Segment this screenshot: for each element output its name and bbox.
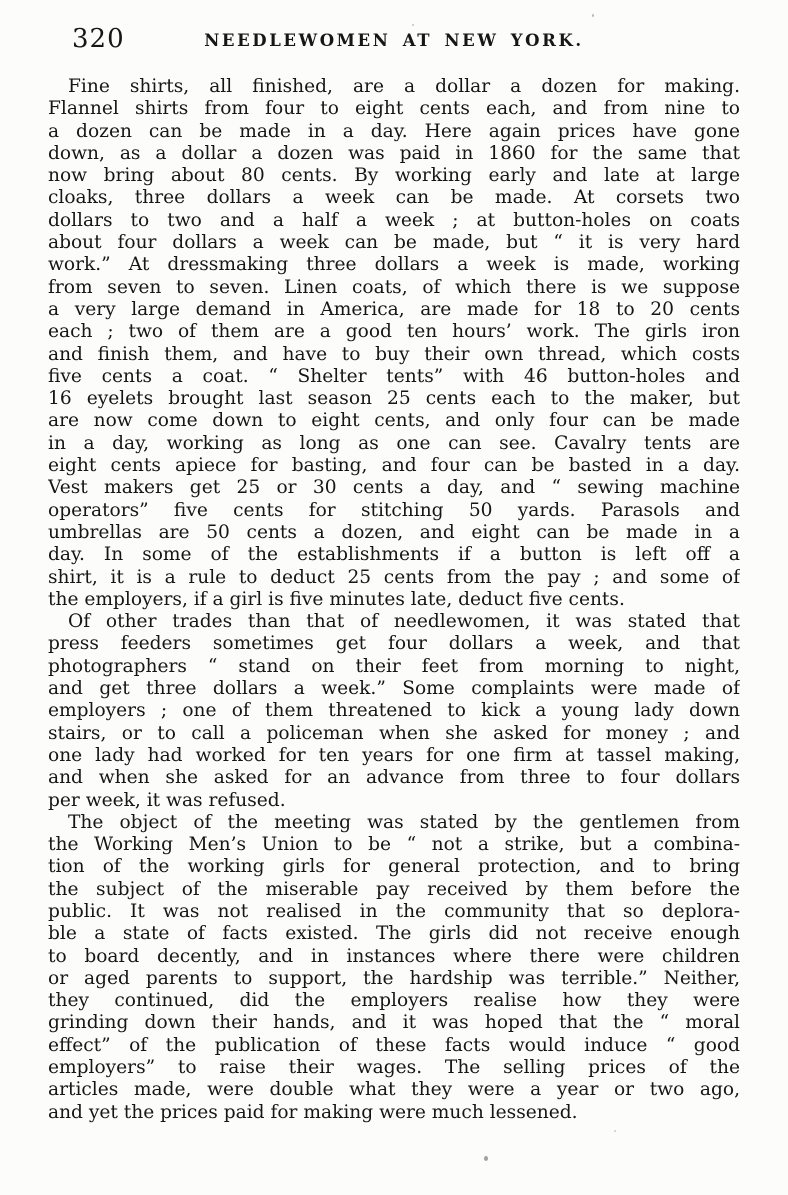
text-line: five cents a coat. “ Shelter tents” with… (48, 366, 740, 388)
text-line: grinding down their hands, and it was ho… (48, 1012, 740, 1034)
paragraph: Fine shirts, all finished, are a dollar … (48, 76, 740, 611)
text-line: press feeders sometimes get four dollars… (48, 633, 740, 655)
text-line: eight cents apiece for basting, and four… (48, 455, 740, 477)
text-line: umbrellas are 50 cents a dozen, and eigh… (48, 522, 740, 544)
text-line: in a day, working as long as one can see… (48, 433, 740, 455)
text-line: employers ; one of them threatened to ki… (48, 700, 740, 722)
text-line: they continued, did the employers realis… (48, 990, 740, 1012)
text-line: and get three dollars a week.” Some comp… (48, 678, 740, 700)
text-line: tion of the working girls for general pr… (48, 856, 740, 878)
text-line: employers” to raise their wages. The sel… (48, 1057, 740, 1079)
text-line: per week, it was refused. (48, 790, 740, 812)
text-line: and yet the prices paid for making were … (48, 1102, 740, 1124)
book-page: 320 NEEDLEWOMEN AT NEW YORK. Fine shirts… (0, 0, 788, 1195)
text-line: public. It was not realised in the commu… (48, 901, 740, 923)
text-line: Fine shirts, all finished, are a dollar … (48, 76, 740, 98)
text-line: a dozen can be made in a day. Here again… (48, 121, 740, 143)
paragraph: Of other trades than that of needlewomen… (48, 611, 740, 812)
text-line: photographers “ stand on their feet from… (48, 656, 740, 678)
page-header: 320 NEEDLEWOMEN AT NEW YORK. (48, 24, 740, 58)
scan-speck (412, 24, 414, 26)
text-line: Of other trades than that of needlewomen… (48, 611, 740, 633)
text-line: or aged parents to support, the hardship… (48, 968, 740, 990)
text-line: 16 eyelets brought last season 25 cents … (48, 388, 740, 410)
text-line: and when she asked for an advance from t… (48, 767, 740, 789)
text-line: from seven to seven. Linen coats, of whi… (48, 277, 740, 299)
text-line: articles made, were double what they wer… (48, 1079, 740, 1101)
text-line: down, as a dollar a dozen was paid in 18… (48, 143, 740, 165)
text-line: stairs, or to call a policeman when she … (48, 723, 740, 745)
running-title: NEEDLEWOMEN AT NEW YORK. (48, 31, 740, 50)
text-line: work.” At dressmaking three dollars a we… (48, 254, 740, 276)
text-line: effect” of the publication of these fact… (48, 1035, 740, 1057)
text-line: the Working Men’s Union to be “ not a st… (48, 834, 740, 856)
scan-speck (592, 14, 594, 17)
text-line: each ; two of them are a good ten hours’… (48, 321, 740, 343)
text-line: cloaks, three dollars a week can be made… (48, 187, 740, 209)
text-line: ble a state of facts existed. The girls … (48, 923, 740, 945)
text-line: Vest makers get 25 or 30 cents a day, an… (48, 477, 740, 499)
text-line: now bring about 80 cents. By working ear… (48, 165, 740, 187)
text-line: shirt, it is a rule to deduct 25 cents f… (48, 567, 740, 589)
text-line: dollars to two and a half a week ; at bu… (48, 210, 740, 232)
text-line: the employers, if a girl is five minutes… (48, 589, 740, 611)
text-line: about four dollars a week can be made, b… (48, 232, 740, 254)
scan-speck (484, 1156, 488, 1161)
text-line: one lady had worked for ten years for on… (48, 745, 740, 767)
paragraph: The object of the meeting was stated by … (48, 812, 740, 1124)
text-line: to board decently, and in instances wher… (48, 946, 740, 968)
text-line: are now come down to eight cents, and on… (48, 410, 740, 432)
text-line: a very large demand in America, are made… (48, 299, 740, 321)
text-line: The object of the meeting was stated by … (48, 812, 740, 834)
body-text: Fine shirts, all finished, are a dollar … (48, 76, 740, 1146)
scan-speck (614, 1130, 616, 1132)
text-line: Flannel shirts from four to eight cents … (48, 98, 740, 120)
text-line: and finish them, and have to buy their o… (48, 344, 740, 366)
text-line: operators” five cents for stitching 50 y… (48, 500, 740, 522)
text-line: day. In some of the establishments if a … (48, 544, 740, 566)
text-line: the subject of the miserable pay receive… (48, 879, 740, 901)
